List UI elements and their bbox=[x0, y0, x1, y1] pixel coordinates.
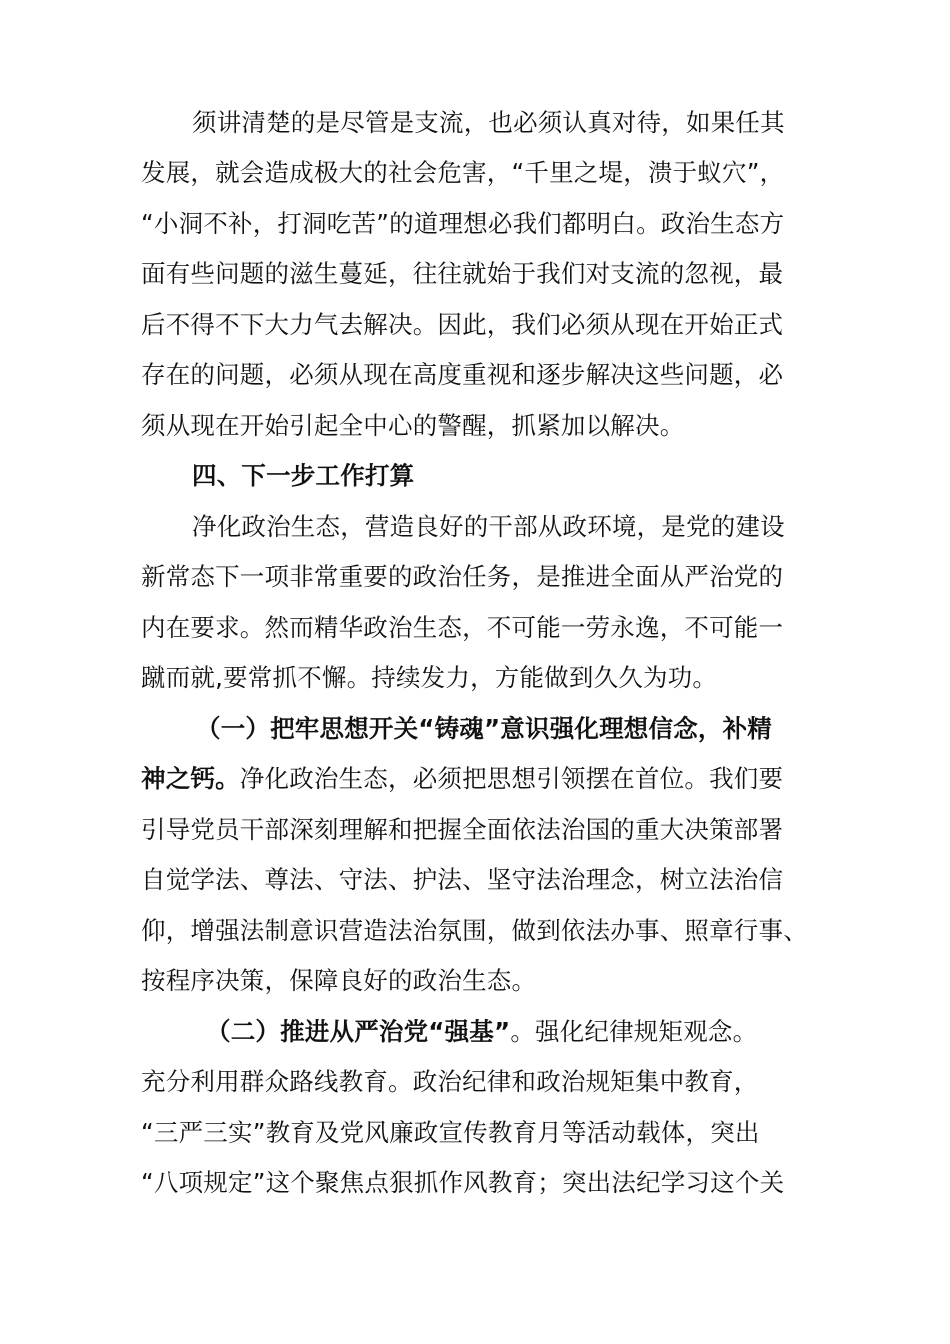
subsection-heading-2: （二）推进从严治党“强基” bbox=[206, 1017, 510, 1046]
paragraph-line: 发展，就会造成极大的社会危害，“千里之堤，溃于蚁穴”， bbox=[141, 158, 821, 188]
subsection-1-line: 神之钙。净化政治生态，必须把思想引领摆在首位。我们要 bbox=[141, 764, 821, 794]
paragraph-line: 自觉学法、尊法、守法、护法、坚守法治理念，树立法治信 bbox=[141, 865, 821, 895]
paragraph-line: 内在要求。然而精华政治生态，不可能一劳永逸，不可能一 bbox=[141, 613, 821, 643]
paragraph-line: 净化政治生态，营造良好的干部从政环境，是党的建设 bbox=[192, 512, 872, 542]
paragraph-line: 引导党员干部深刻理解和把握全面依法治国的重大决策部署 bbox=[141, 815, 821, 845]
paragraph-line: 仰，增强法制意识营造法治氛围，做到依法办事、照章行事、 bbox=[141, 916, 821, 946]
paragraph-line: 须从现在开始引起全中心的警醒，抓紧加以解决。 bbox=[141, 411, 821, 441]
section-heading: 四、下一步工作打算 bbox=[192, 461, 872, 491]
paragraph-line: 充分利用群众路线教育。政治纪律和政治规矩集中教育， bbox=[141, 1067, 821, 1097]
paragraph-line: 面有些问题的滋生蔓延，往往就始于我们对支流的忽视，最 bbox=[141, 259, 821, 289]
paragraph-line: “三严三实”教育及党风廉政宣传教育月等活动载体，突出 bbox=[141, 1118, 821, 1148]
paragraph-line: 按程序决策，保障良好的政治生态。 bbox=[141, 966, 821, 996]
paragraph-line: 蹴而就,要常抓不懈。持续发力，方能做到久久为功。 bbox=[141, 663, 821, 693]
paragraph-line: “八项规定”这个聚焦点狠抓作风教育；突出法纪学习这个关 bbox=[141, 1168, 821, 1198]
subsection-2-text: 。强化纪律规矩观念。 bbox=[510, 1017, 757, 1046]
subsection-heading-1: （一）把牢思想开关“铸魂”意识强化理想信念，补精 bbox=[196, 714, 876, 744]
paragraph-line: 后不得不下大力气去解决。因此，我们必须从现在开始正式 bbox=[141, 310, 821, 340]
paragraph-line: 新常态下一项非常重要的政治任务，是推进全面从严治党的 bbox=[141, 562, 821, 592]
paragraph-line: “小洞不补，打洞吃苦”的道理想必我们都明白。政治生态方 bbox=[141, 209, 821, 239]
subsection-heading-1-end: 神之钙。 bbox=[141, 764, 240, 793]
document-page: 须讲清楚的是尽管是支流，也必须认真对待，如果任其 发展，就会造成极大的社会危害，… bbox=[0, 0, 950, 1344]
subsection-1-text: 净化政治生态，必须把思想引领摆在首位。我们要 bbox=[240, 764, 783, 793]
paragraph-line: 存在的问题，必须从现在高度重视和逐步解决这些问题，必 bbox=[141, 360, 821, 390]
subsection-2-heading-line: （二）推进从严治党“强基”。强化纪律规矩观念。 bbox=[206, 1017, 886, 1047]
paragraph-line: 须讲清楚的是尽管是支流，也必须认真对待，如果任其 bbox=[192, 108, 872, 138]
